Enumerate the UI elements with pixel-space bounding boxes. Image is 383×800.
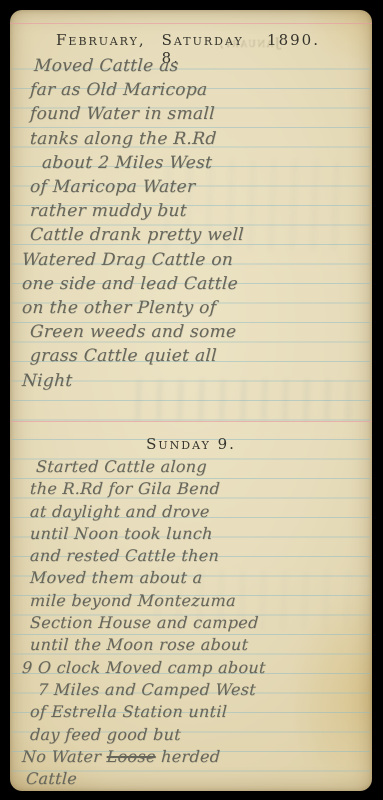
line-text: herded xyxy=(155,747,221,766)
photo-background: { "page": { "year_label": "1890.", "blee… xyxy=(0,0,383,800)
header-day: Sunday 9. xyxy=(146,435,236,453)
handwritten-line: about 2 Miles West xyxy=(19,151,368,175)
handwritten-line: Watered Drag Cattle on xyxy=(19,248,368,272)
handwritten-line: Started Cattle along xyxy=(19,456,368,478)
top-margin-line xyxy=(10,23,372,24)
handwritten-line: Green weeds and some xyxy=(19,320,368,344)
diary-page: January, February, Saturday 8. 1890. Mov… xyxy=(10,10,372,791)
handwritten-line: one side and lead Cattle xyxy=(19,272,368,296)
handwritten-line: Moved Cattle as xyxy=(19,54,368,78)
header-year: 1890. xyxy=(267,31,320,49)
sunday-header: Sunday 9. xyxy=(10,434,372,453)
header-month: February, xyxy=(56,31,146,49)
crossed-out-word: Loose xyxy=(106,747,156,766)
handwritten-line: grass Cattle quiet all xyxy=(19,344,368,368)
sunday-entry: Started Cattle along the R.Rd for Gila B… xyxy=(20,456,368,790)
handwritten-line: rather muddy but xyxy=(19,199,368,223)
handwritten-line: and rested Cattle then xyxy=(19,545,368,567)
handwritten-line: far as Old Maricopa xyxy=(19,78,368,102)
saturday-entry: Moved Cattle as far as Old Maricopa foun… xyxy=(20,54,368,393)
section-divider-line xyxy=(10,421,372,422)
handwritten-line: of Maricopa Water xyxy=(19,175,368,199)
handwritten-line: Night xyxy=(19,369,368,393)
handwritten-line: 7 Miles and Camped West xyxy=(19,679,368,701)
handwritten-line: on the other Plenty of xyxy=(19,296,368,320)
handwritten-line: Cattle xyxy=(19,768,368,790)
handwritten-line: 9 O clock Moved camp about xyxy=(19,657,368,679)
handwritten-line: found Water in small xyxy=(19,102,368,126)
handwritten-line: the R.Rd for Gila Bend xyxy=(19,478,368,500)
handwritten-line: mile beyond Montezuma xyxy=(19,590,368,612)
handwritten-line: day feed good but xyxy=(19,724,368,746)
handwritten-line: Moved them about a xyxy=(19,567,368,589)
handwritten-line: Cattle drank pretty well xyxy=(19,223,368,247)
line-text: No Water xyxy=(22,747,108,766)
handwritten-line-with-strikethrough: No Water Loose herded xyxy=(19,746,368,768)
handwritten-line: until the Moon rose about xyxy=(19,634,368,656)
handwritten-line: of Estrella Station until xyxy=(19,701,368,723)
handwritten-line: until Noon took lunch xyxy=(19,523,368,545)
handwritten-line: Section House and camped xyxy=(19,612,368,634)
handwritten-line: tanks along the R.Rd xyxy=(19,127,368,151)
handwritten-line: at daylight and drove xyxy=(19,501,368,523)
